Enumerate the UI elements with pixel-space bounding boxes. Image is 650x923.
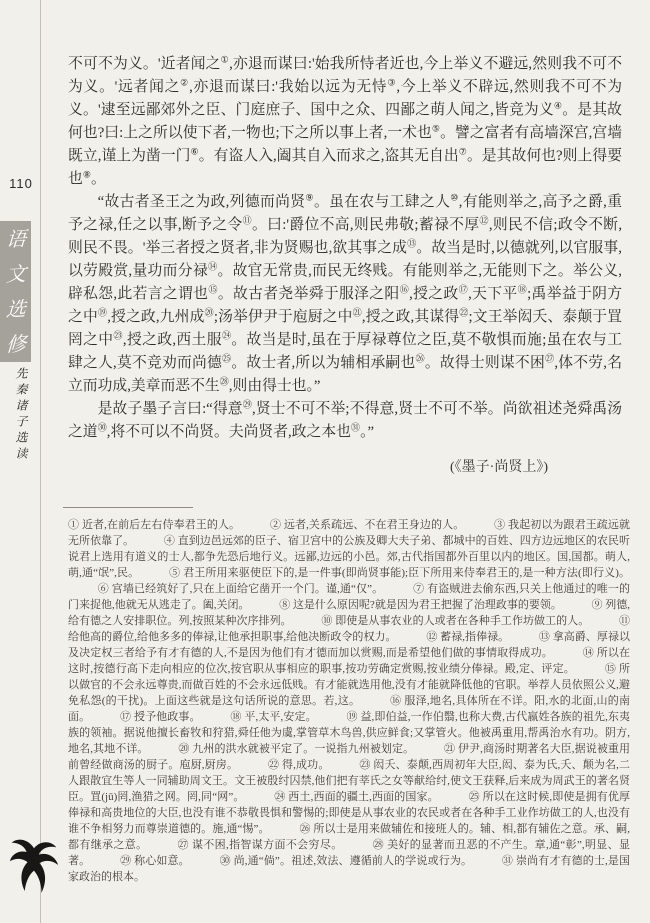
footnote-gap bbox=[68, 591, 98, 592]
banner-char: 文 bbox=[5, 263, 26, 284]
footnote-gap bbox=[139, 575, 169, 576]
paragraph-continued: 不可不为义。'近者闻之①,亦退而谋曰:'始我所恃者近也,今上举义不避远,然则我不… bbox=[68, 53, 622, 191]
footnote-gap bbox=[414, 751, 444, 752]
footnote-item: ㉔ 西土,西面的疆土,西面的国家。 bbox=[274, 791, 439, 803]
series-title: 先秦诸子选读 bbox=[13, 367, 30, 463]
footnote-item: ㉗ 谋不困,指智谋方面不会穷尽。 bbox=[177, 839, 342, 851]
footnote-item: ⑫ 蓄禄,指俸禄。 bbox=[426, 631, 509, 643]
banner-char: 选 bbox=[5, 298, 26, 319]
footnote-gap bbox=[509, 639, 539, 640]
footnote-gap bbox=[360, 703, 390, 704]
footnote-gap bbox=[397, 639, 427, 640]
footnote-gap bbox=[240, 527, 270, 528]
footnote-gap bbox=[250, 607, 280, 608]
footnote-item: ① 近者,在前后左右侍奉君王的人。 bbox=[68, 519, 240, 531]
footnote-gap bbox=[329, 767, 359, 768]
banner-char: 修 bbox=[5, 333, 26, 354]
footnote-gap bbox=[190, 863, 220, 864]
footnote-gap bbox=[317, 719, 347, 720]
footnote-gap bbox=[149, 751, 179, 752]
footnote-gap bbox=[562, 607, 592, 608]
main-text: 不可不为义。'近者闻之①,亦退而谋曰:'始我所恃者近也,今上举义不避远,然则我不… bbox=[68, 53, 622, 479]
footnote-gap bbox=[270, 831, 300, 832]
footnote-item: ⑰ 授予他政事。 bbox=[120, 711, 201, 723]
course-banner: 语 文 选 修 bbox=[0, 221, 31, 362]
paragraph-shangxian: “故古者圣王之为政,列德而尚贤⑨。虽在农与工肆之人⑩,有能则举之,高予之爵,重予… bbox=[68, 191, 622, 398]
banner-char: 语 bbox=[5, 228, 26, 249]
bird-logo-icon bbox=[8, 833, 60, 897]
footnote-gap bbox=[439, 799, 469, 800]
footnote-gap bbox=[147, 847, 177, 848]
footnote-item: ⑱ 平,太平,安定。 bbox=[230, 711, 316, 723]
footnote-item: ㉒ 得,成功。 bbox=[268, 759, 330, 771]
footnote-item: ⑥ 宫墙已经筑好了,只在上面给它凿开一个门。谨,通“仅”。 bbox=[98, 583, 384, 595]
page-number: 110 bbox=[5, 176, 37, 191]
footnote-gap bbox=[589, 623, 619, 624]
sidebar-divider bbox=[40, 0, 41, 923]
footnote-item: ⑩ 即使是从事农业的人或者在各种手工作坊做工的人。 bbox=[321, 615, 589, 627]
footnote-item: ② 远者,关系疏远、不在君王身边的人。 bbox=[270, 519, 464, 531]
footnote-item: ㉚ 尚,通“倘”。祖述,效法、遵循前人的学说或行为。 bbox=[219, 855, 472, 867]
footnote-gap bbox=[292, 623, 322, 624]
footnote-gap bbox=[244, 799, 274, 800]
footnote-gap bbox=[90, 719, 120, 720]
footnote-item: ⑳ 九州的洪水就被平定了。一说指九州被划定。 bbox=[178, 743, 414, 755]
footnote-item: ⑧ 这是什么原因呢?就是因为君王把握了治理政事的要领。 bbox=[279, 599, 562, 611]
footnote-divider bbox=[63, 507, 193, 508]
footnote-gap bbox=[343, 847, 373, 848]
paragraph-conclusion: 是故子墨子言曰:“得意㉙,贤士不可不举;不得意,贤士不可不举。尚欲祖述尧舜禹汤之… bbox=[68, 398, 622, 444]
source-attribution: (《墨子·尚贤上》) bbox=[68, 456, 622, 479]
footnote-gap bbox=[201, 719, 231, 720]
footnote-gap bbox=[472, 863, 502, 864]
footnote-gap bbox=[134, 543, 164, 544]
footnote-gap bbox=[464, 527, 494, 528]
footnote-gap bbox=[238, 767, 268, 768]
footnote-item: ⑤ 君王所用来驱使臣下的,是一件事(即尚贤事能);臣下所用来侍奉君王的,是一种方… bbox=[169, 567, 630, 579]
footnote-gap bbox=[383, 591, 413, 592]
footnote-item: ㉙ 称心如意。 bbox=[120, 855, 190, 867]
footnote-gap bbox=[90, 863, 120, 864]
footnote-gap bbox=[575, 671, 605, 672]
footnotes-text: ① 近者,在前后左右侍奉君王的人。② 远者,关系疏远、不在君王身边的人。③ 我起… bbox=[68, 517, 630, 885]
footnote-gap bbox=[553, 655, 583, 656]
textbook-page: 110 语 文 选 修 先秦诸子选读 不可不为义。'近者闻之①,亦退而谋曰:'始… bbox=[0, 0, 650, 923]
